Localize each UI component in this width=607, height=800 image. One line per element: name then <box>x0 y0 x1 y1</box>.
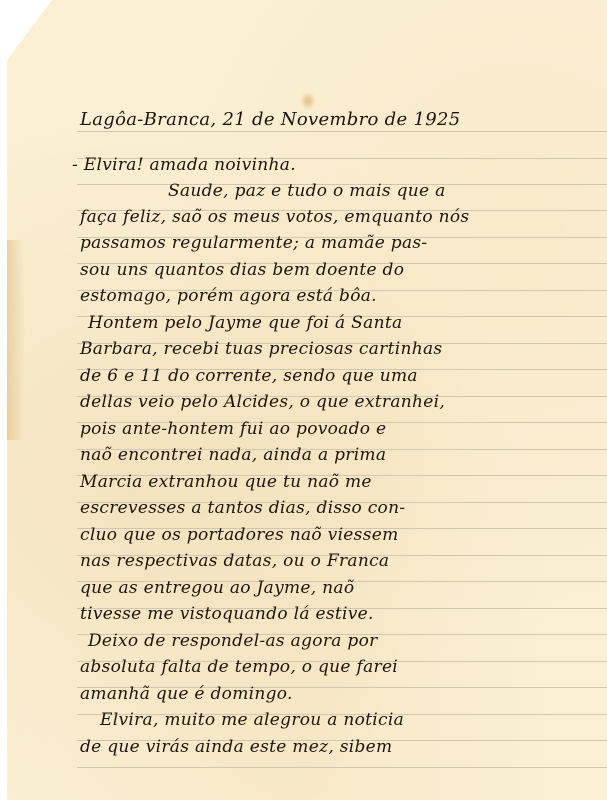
edge-stain <box>7 240 25 440</box>
ruled-line <box>77 131 607 132</box>
letter-line: Saude, paz e tudo o mais que a <box>168 181 607 201</box>
letter-line: escrevesses a tantos dias, disso con- <box>80 498 607 518</box>
letter-line: de que virás ainda este mez, sibem <box>80 737 607 757</box>
letter-line: pois ante-hontem fui ao povoado e <box>80 419 607 439</box>
letter-line: Deixo de respondel-as agora por <box>88 631 607 651</box>
letter-salutation: - Elvira! amada noivinha. <box>72 155 607 175</box>
letter-line: faça feliz, saõ os meus votos, emquanto … <box>80 207 607 227</box>
letter-line: que as entregou ao Jayme, naõ <box>80 578 607 598</box>
letter-line: Barbara, recebi tuas preciosas cartinhas <box>80 339 607 359</box>
letter-line: cluo que os portadores naõ viessem <box>80 525 607 545</box>
letter-line: nas respectivas datas, ou o Franca <box>80 551 607 571</box>
letter-line: dellas veio pelo Alcides, o que extranhe… <box>80 392 607 412</box>
letter-line: naõ encontrei nada, ainda a prima <box>80 445 607 465</box>
letter-line: Marcia extranhou que tu naõ me <box>80 472 607 492</box>
letter-line: Elvira, muito me alegrou a noticia <box>100 710 607 730</box>
ruled-line <box>77 767 607 768</box>
letter-line: sou uns quantos dias bem doente do <box>80 260 607 280</box>
letter-line: de 6 e 11 do corrente, sendo que uma <box>80 366 607 386</box>
letter-line: passamos regularmente; a mamãe pas- <box>80 233 607 253</box>
letter-line: absoluta falta de tempo, o que farei <box>80 657 607 677</box>
letter-line: tivesse me vistoquando lá estive. <box>80 604 607 624</box>
letter-line: amanhã que é domingo. <box>80 684 607 704</box>
letter-line: estomago, porém agora está bôa. <box>80 286 607 306</box>
paper-stain <box>303 95 313 107</box>
letter-heading: Lagôa-Branca, 21 de Novembro de 1925 <box>80 109 607 130</box>
letter-line: Hontem pelo Jayme que foi á Santa <box>88 313 607 333</box>
